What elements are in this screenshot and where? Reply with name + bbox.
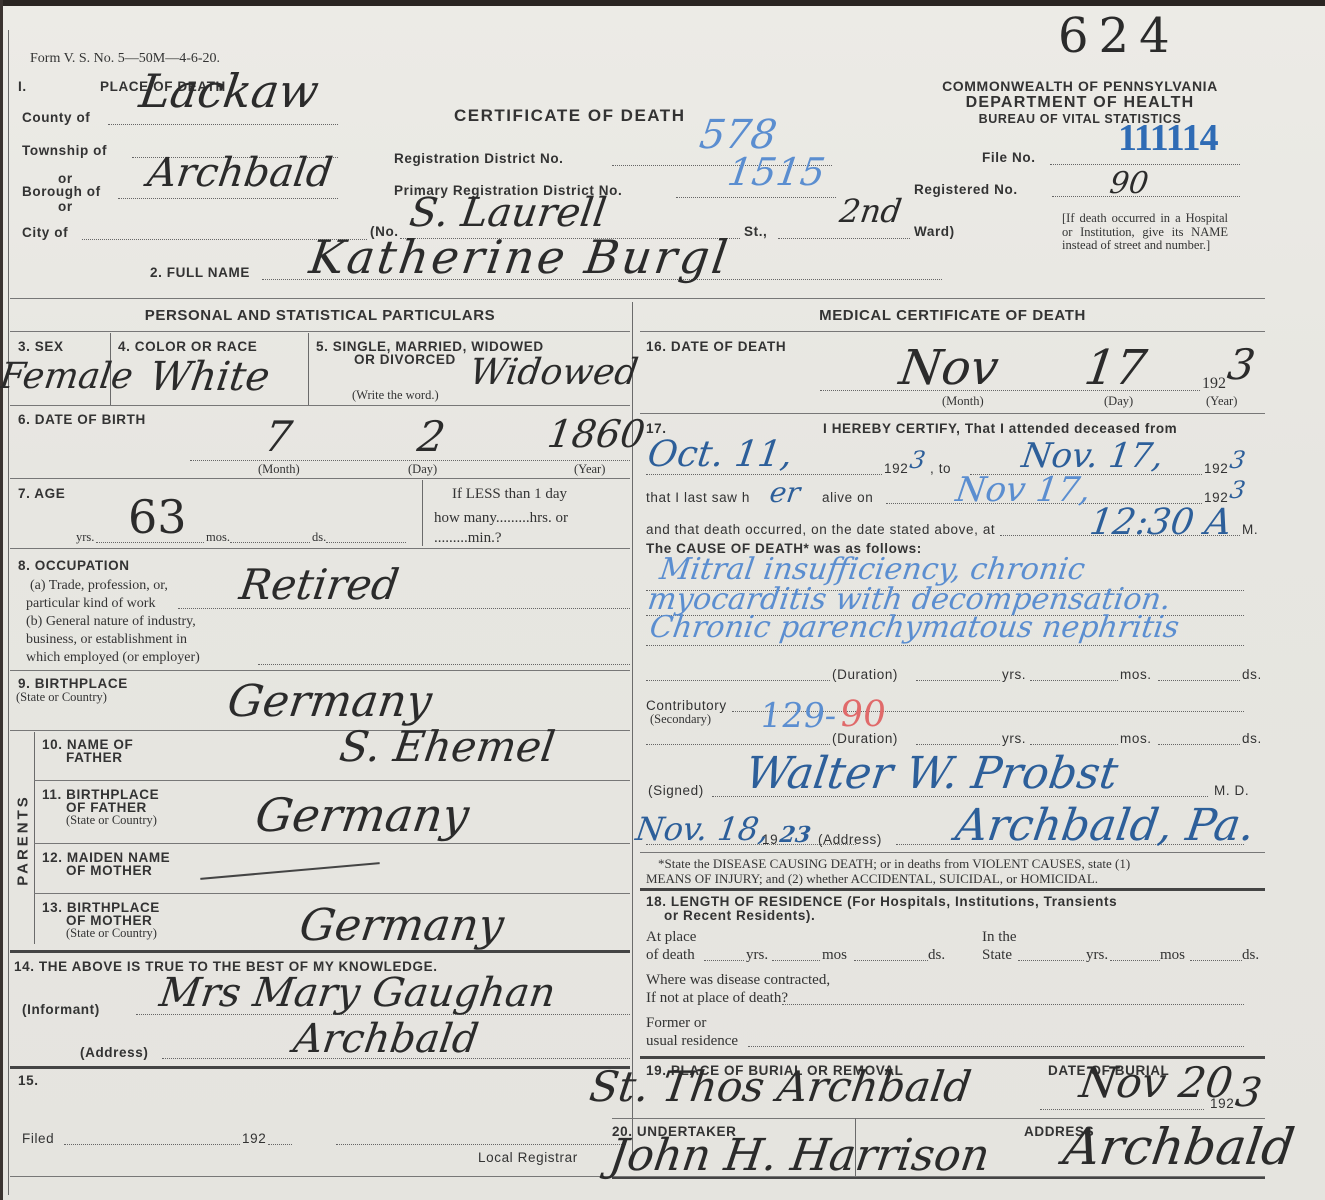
race-value: White	[147, 354, 273, 400]
dob-label: 6. DATE OF BIRTH	[18, 412, 146, 427]
frame-left	[8, 30, 9, 1195]
certify-text: I HEREBY CERTIFY, That I attended deceas…	[823, 421, 1177, 436]
issuer-line-1: COMMONWEALTH OF PENNSYLVANIA	[910, 78, 1250, 94]
informant-address-label: (Address)	[80, 1045, 148, 1060]
birthplace-label: 9. BIRTHPLACE	[18, 676, 128, 691]
registered-no-value: 90	[1108, 166, 1151, 201]
section-15-label: 15.	[18, 1073, 39, 1088]
county-label: County of	[22, 110, 90, 125]
mother-birthplace-value: Germany	[296, 900, 507, 951]
borough-value: Archbald	[145, 150, 335, 196]
footnote-line-2: MEANS OF INJURY; and (2) whether ACCIDEN…	[646, 871, 1098, 887]
mother-maiden-dash	[200, 862, 379, 880]
page-edge-top	[0, 0, 1325, 6]
contributory-code: 129-	[757, 696, 839, 736]
dob-month: 7	[262, 412, 296, 461]
birthplace-value: Germany	[224, 676, 435, 727]
last-saw-label: that I last saw h	[646, 490, 750, 505]
contributory-label: Contributory	[646, 698, 727, 713]
primary-reg-value: 1515	[725, 150, 828, 194]
dod-label: 16. DATE OF DEATH	[646, 339, 786, 354]
section-1-label: I.	[18, 79, 27, 94]
occupation-label: 8. OCCUPATION	[18, 558, 130, 573]
death-certificate: Form V. S. No. 5—50M—4-6-20. I. PLACE OF…	[0, 0, 1325, 1200]
reg-district-label: Registration District No.	[394, 151, 564, 166]
certificate-title: CERTIFICATE OF DEATH	[454, 106, 685, 126]
age-years: 63	[128, 490, 187, 544]
informant-address-value: Archbald	[291, 1016, 481, 1062]
undertaker-address-value: Archbald	[1060, 1118, 1298, 1176]
race-label: 4. COLOR OR RACE	[118, 339, 257, 354]
full-name-value: Katherine Burgl	[306, 230, 733, 284]
informant-value: Mrs Mary Gaughan	[157, 970, 559, 1016]
attended-from: Oct. 11,	[645, 434, 795, 475]
death-time-value: 12:30 A	[1087, 502, 1234, 543]
local-registrar-label: Local Registrar	[478, 1150, 578, 1165]
hospital-note: [If death occurred in a Hospital or Inst…	[1062, 212, 1228, 253]
undertaker-value: John H. Harrison	[606, 1130, 992, 1181]
contributory-code-red: 90	[837, 694, 889, 735]
file-no-label: File No.	[982, 150, 1036, 165]
dod-day: 17	[1081, 340, 1150, 396]
last-saw-date: Nov 17,	[953, 470, 1093, 510]
informant-label: (Informant)	[22, 1002, 100, 1017]
burial-place-value: St. Thos Archbald	[587, 1062, 975, 1111]
file-number-stamp: 111114	[1118, 116, 1218, 160]
ward-value: 2nd	[837, 192, 904, 230]
father-name-value: S. Ehemel	[337, 722, 559, 771]
marital-value: Widowed	[467, 352, 641, 393]
father-birthplace-value: Germany	[252, 788, 472, 842]
township-label: Township of	[22, 143, 107, 158]
footnote-line-1: *State the DISEASE CAUSING DEATH; or in …	[658, 856, 1130, 872]
county-value: Lackaw	[136, 64, 322, 118]
dod-year: 3	[1225, 340, 1259, 389]
age-label: 7. AGE	[18, 486, 65, 501]
full-name-label: 2. FULL NAME	[150, 265, 250, 280]
personal-heading: PERSONAL AND STATISTICAL PARTICULARS	[10, 307, 630, 324]
parents-side-label: PARENTS	[10, 790, 36, 890]
death-time-label: and that death occurred, on the date sta…	[646, 522, 995, 537]
issuer-line-2: DEPARTMENT OF HEALTH	[910, 94, 1250, 112]
physician-signature: Walter W. Probst	[742, 748, 1121, 799]
signed-label: (Signed)	[648, 783, 704, 798]
signed-date: Nov. 18,	[633, 810, 771, 848]
sex-label: 3. SEX	[18, 339, 64, 354]
page-edge-left	[0, 0, 3, 1200]
registered-no-label: Registered No.	[914, 182, 1018, 197]
filed-label: Filed	[22, 1131, 54, 1146]
dob-year: 1860	[545, 412, 648, 456]
residence-heading: 18. LENGTH OF RESIDENCE (For Hospitals, …	[646, 894, 1117, 909]
dod-month: Nov	[896, 340, 1002, 396]
cause-line-3: Chronic parenchymatous nephritis	[648, 610, 1182, 645]
borough-label: Borough of	[22, 184, 101, 199]
handwritten-file-number: 624	[1058, 8, 1180, 64]
physician-address: Archbald, Pa.	[952, 800, 1257, 851]
city-label: City of	[22, 225, 68, 240]
occupation-value: Retired	[237, 560, 402, 609]
sex-value: Female	[0, 356, 136, 397]
dob-day: 2	[415, 412, 449, 461]
medical-heading: MEDICAL CERTIFICATE OF DEATH	[640, 307, 1265, 324]
